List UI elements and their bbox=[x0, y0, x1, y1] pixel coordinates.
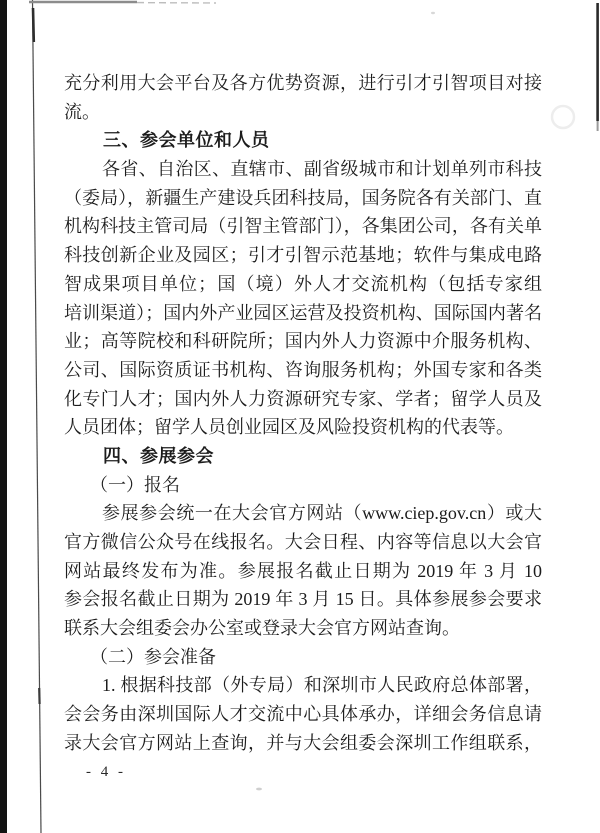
body-text-line: 各省、自治区、直辖市、副省级城市和计划单列市科技厅 bbox=[64, 155, 542, 184]
body-text-line: 机构科技主管司局（引智主管部门），各集团公司，各有关单位； bbox=[64, 212, 542, 241]
page-number: - 4 - bbox=[86, 764, 126, 781]
body-text-line: 科技创新企业及园区；引才引智示范基地；软件与集成电路引 bbox=[64, 241, 542, 270]
body-text-line: 联系大会组委会办公室或登录大会官方网站查询。 bbox=[64, 614, 542, 643]
scan-left-edge bbox=[0, 0, 7, 833]
body-text-line: 参展参会统一在大会官方网站（www.ciep.gov.cn）或大会 bbox=[64, 499, 542, 528]
subheading-signup: （一）报名 bbox=[64, 471, 542, 500]
scan-fold-line bbox=[33, 0, 42, 833]
body-text-line: （委局），新疆生产建设兵团科技局，国务院各有关部门、直属 bbox=[64, 184, 542, 213]
body-text-line: 充分利用大会平台及各方优势资源，进行引才引智项目对接交 bbox=[64, 69, 542, 98]
heading-section-4: 四、参展参会 bbox=[64, 442, 542, 471]
subheading-preparation: （二）参会准备 bbox=[64, 643, 542, 672]
scan-smudge bbox=[552, 106, 574, 128]
scan-speck bbox=[431, 12, 435, 14]
body-text-line: 培训渠道）；国内外产业园区运营及投资机构、国际国内著名企 bbox=[64, 299, 542, 328]
scanned-document-page: 充分利用大会平台及各方优势资源，进行引才引智项目对接交 流。 三、参会单位和人员… bbox=[0, 0, 600, 833]
heading-section-3: 三、参会单位和人员 bbox=[64, 126, 542, 155]
body-text-line: 化专门人才；国内外人力资源研究专家、学者；留学人员及留学 bbox=[64, 385, 542, 414]
body-text-line: 人员团体；留学人员创业园区及风险投资机构的代表等。 bbox=[64, 413, 542, 442]
body-text-line: 会会务由深圳国际人才交流中心具体承办，详细会务信息请登 bbox=[64, 700, 542, 729]
body-text-line: 录大会官方网站上查询，并与大会组委会深圳工作组联系，相 bbox=[64, 729, 542, 758]
body-text-line: 网站最终发布为准。参展报名截止日期为 2019 年 3 月 10 日， bbox=[64, 557, 542, 586]
scan-speck bbox=[256, 788, 262, 791]
body-text-line: 业；高等院校和科研院所；国内外人力资源中介服务机构、猎头 bbox=[64, 327, 542, 356]
body-text-line: 官方微信公众号在线报名。大会日程、内容等信息以大会官方 bbox=[64, 528, 542, 557]
body-text-line: 参会报名截止日期为 2019 年 3 月 15 日。具体参展参会要求请 bbox=[64, 585, 542, 614]
scan-fold-line-dark-segment bbox=[33, 8, 34, 42]
body-text-line: 公司、国际资质证书机构、咨询服务机构；外国专家和各类国际 bbox=[64, 356, 542, 385]
body-text-line: 1. 根据科技部（外专局）和深圳市人民政府总体部署，大 bbox=[64, 671, 542, 700]
document-body: 充分利用大会平台及各方优势资源，进行引才引智项目对接交 流。 三、参会单位和人员… bbox=[64, 69, 542, 758]
body-text-line: 智成果项目单位；国（境）外人才交流机构（包括专家组织、 bbox=[64, 270, 542, 299]
body-text-line: 流。 bbox=[64, 98, 542, 127]
